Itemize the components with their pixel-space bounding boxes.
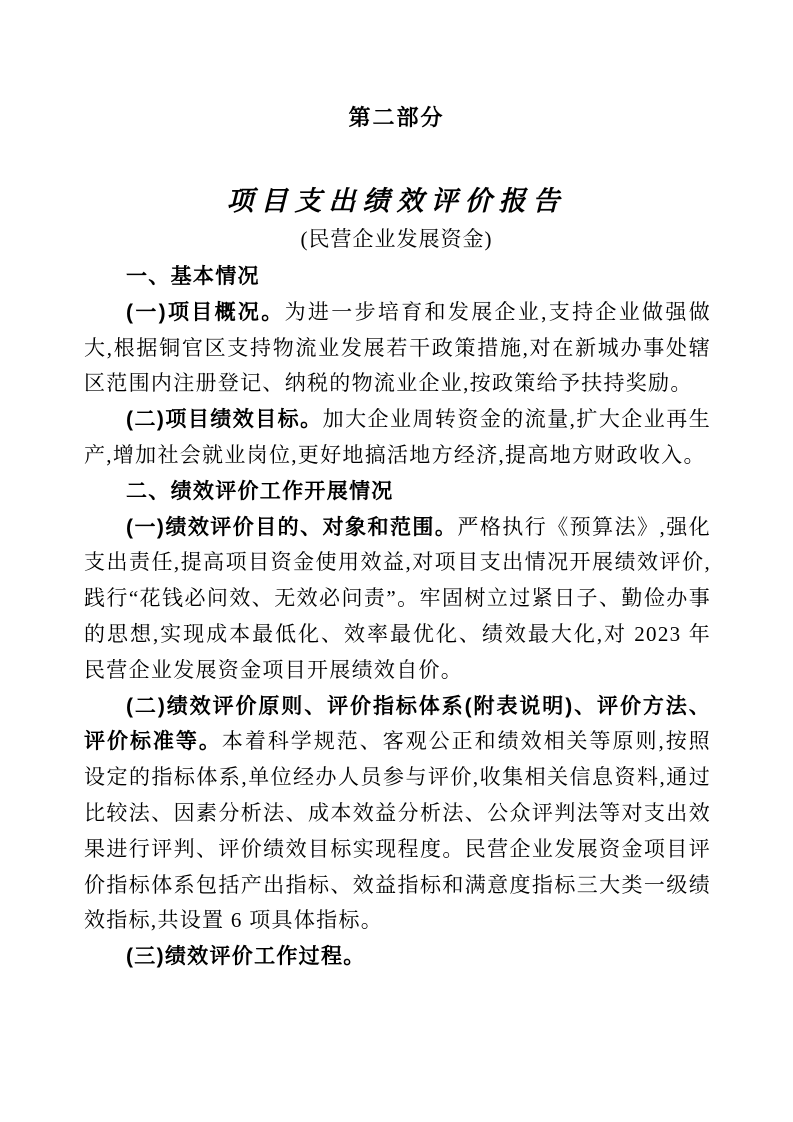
paragraph-evaluation-principles: (二)绩效评价原则、评价指标体系(附表说明)、评价方法、评价标准等。本着科学规范… (84, 689, 711, 940)
paragraph-performance-goal: (二)项目绩效目标。加大企业周转资金的流量,扩大企业再生产,增加社会就业岗位,更… (84, 402, 711, 474)
paragraph-lead: (三)绩效评价工作过程。 (126, 945, 366, 968)
paragraph-text: 本着科学规范、客观公正和绩效相关等原则,按照设定的指标体系,单位经办人员参与评价… (84, 729, 711, 932)
section-heading-basic-info: 一、基本情况 (84, 259, 711, 295)
document-body: 一、基本情况 (一)项目概况。为进一步培育和发展企业,支持企业做强做大,根据铜官… (84, 259, 711, 975)
paragraph-lead: (二)项目绩效目标。 (126, 408, 323, 431)
paragraph-evaluation-purpose: (一)绩效评价目的、对象和范围。严格执行《预算法》,强化支出责任,提高项目资金使… (84, 510, 711, 689)
section-heading-evaluation-work: 二、绩效评价工作开展情况 (84, 474, 711, 510)
report-title: 项目支出绩效评价报告 (0, 186, 793, 218)
paragraph-lead: (一)绩效评价目的、对象和范围。 (126, 516, 457, 539)
report-subtitle: (民营企业发展资金) (0, 226, 793, 252)
part-heading: 第二部分 (0, 0, 793, 132)
paragraph-evaluation-process: (三)绩效评价工作过程。 (84, 939, 711, 975)
paragraph-text: 严格执行《预算法》,强化支出责任,提高项目资金使用效益,对项目支出情况开展绩效评… (84, 515, 711, 682)
document-page: 第二部分 项目支出绩效评价报告 (民营企业发展资金) 一、基本情况 (一)项目概… (0, 0, 793, 1122)
paragraph-project-overview: (一)项目概况。为进一步培育和发展企业,支持企业做强做大,根据铜官区支持物流业发… (84, 295, 711, 402)
paragraph-lead: (一)项目概况。 (126, 301, 285, 324)
